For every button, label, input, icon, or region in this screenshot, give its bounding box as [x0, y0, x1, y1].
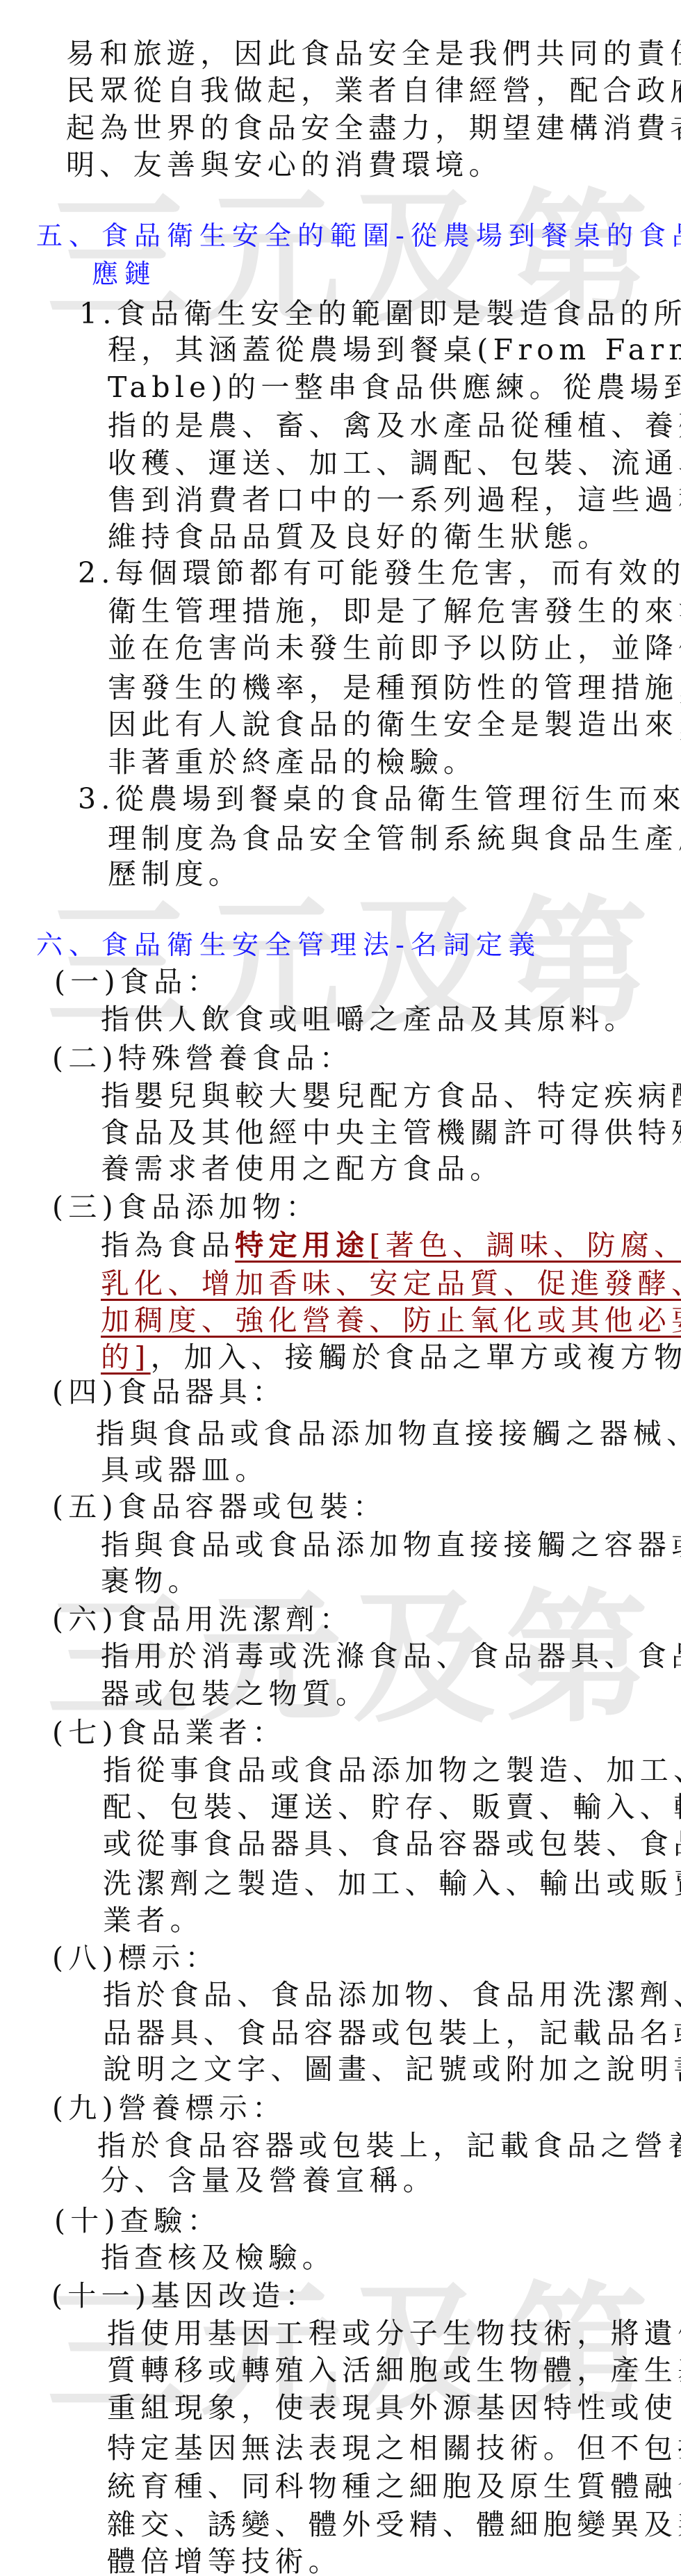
term-label-food-additive: (三)食品添加物： [52, 1189, 320, 1226]
text-line: 民眾從自我做起，業者自律經營，配合政府一 [66, 72, 681, 109]
term-label-food: (一)食品： [54, 964, 221, 1001]
term-definition: 養需求者使用之配方食品。 [101, 1151, 504, 1188]
term-definition: 器或包裝之物質。 [101, 1676, 369, 1712]
term-label-food-container: (五)食品容器或包裝： [52, 1489, 386, 1525]
term-definition: 指供人飲食或咀嚼之產品及其原料。 [101, 1001, 638, 1038]
term-definition: 特定基因無法表現之相關技術。但不包括傳 [107, 2430, 681, 2467]
term-label-nutrition-labeling: (九)營養標示： [52, 2090, 286, 2127]
term-definition: 指查核及檢驗。 [101, 2239, 336, 2276]
text-line: 歷制度。 [108, 856, 242, 893]
term-definition: 說明之文字、圖畫、記號或附加之說明書。 [103, 2051, 681, 2088]
term-definition: 體倍增等技術。 [107, 2543, 342, 2576]
section-heading: 六、食品衛生安全管理法-名詞定義 [36, 927, 541, 964]
text-line: 因此有人說食品的衛生安全是製造出來，而 [108, 706, 681, 743]
highlight-text: [著色、調味、防腐、漂白、 [369, 1229, 681, 1262]
section-heading: 應鏈 [92, 256, 157, 293]
term-definition: 或從事食品器具、食品容器或包裝、食品用 [103, 1826, 681, 1863]
list-item-2: 2.每個環節都有可能發生危害，而有效的食品 [78, 555, 681, 592]
text-line: 明、友善與安心的消費環境。 [66, 147, 502, 184]
text-line: 維持食品品質及良好的衛生狀態。 [108, 519, 612, 556]
term-definition: 指為食品特定用途[著色、調味、防腐、漂白、 [101, 1227, 681, 1264]
text-line: 指的是農、畜、禽及水產品從種植、養殖、 [108, 407, 681, 444]
term-definition: 指嬰兒與較大嬰兒配方食品、特定疾病配方 [101, 1078, 681, 1115]
term-definition: 指於食品容器或包裝上，記載食品之營養成 [97, 2128, 681, 2164]
term-label-inspection: (十)查驗： [54, 2203, 221, 2239]
term-definition: 加稠度、強化營養、防止氧化或其他必要目 [101, 1302, 681, 1339]
text-line: 理制度為食品安全管制系統與食品生產履 [108, 820, 681, 857]
term-definition: 品器具、食品容器或包裝上，記載品名或為 [103, 2015, 681, 2052]
text-line: 程，其涵蓋從農場到餐桌(From Farm to [108, 332, 681, 368]
term-label-food-detergent: (六)食品用洗潔劑： [52, 1601, 353, 1638]
text-line: 非著重於終產品的檢驗。 [108, 744, 477, 781]
term-definition: 指用於消毒或洗滌食品、食品器具、食品容 [101, 1638, 681, 1675]
text-line: 起為世界的食品安全盡力，期望建構消費者透 [66, 110, 681, 147]
term-definition: 指於食品、食品添加物、食品用洗潔劑、食 [103, 1977, 681, 2014]
term-definition: 重組現象，使表現具外源基因特性或使自身 [107, 2390, 681, 2427]
text-line: 衛生管理措施，即是了解危害發生的來源， [108, 593, 681, 630]
term-definition: 指使用基因工程或分子生物技術，將遺傳物 [107, 2315, 681, 2352]
term-definition: 指與食品或食品添加物直接接觸之器械、工 [96, 1416, 681, 1452]
text-line: 易和旅遊，因此食品安全是我們共同的責任， [66, 35, 681, 72]
term-definition: 雜交、誘變、體外受精、體細胞變異及染色 [107, 2506, 681, 2543]
term-definition: 食品及其他經中央主管機關許可得供特殊營 [101, 1115, 681, 1151]
term-definition: 指從事食品或食品添加物之製造、加工、調 [103, 1752, 681, 1789]
term-definition: 質轉移或轉殖入活細胞或生物體，產生基因 [107, 2352, 681, 2389]
list-item-1: 1.食品衛生安全的範圍即是製造食品的所有流 [79, 295, 681, 332]
text-line: 收穫、運送、加工、調配、包裝、流通、販 [108, 445, 681, 482]
term-definition: 具或器皿。 [101, 1452, 269, 1489]
list-item-3: 3.從農場到餐桌的食品衛生管理衍生而來的管 [78, 781, 681, 818]
term-definition: 指與食品或食品添加物直接接觸之容器或包 [101, 1527, 681, 1564]
term-definition: 乳化、增加香味、安定品質、促進發酵、增 [101, 1265, 681, 1302]
term-definition: 配、包裝、運送、貯存、販賣、輸入、輸出 [103, 1789, 681, 1826]
term-definition: 統育種、同科物種之細胞及原生質體融合、 [107, 2468, 681, 2505]
definition-text: ，加入、接觸於食品之單方或複方物質。 [151, 1340, 681, 1374]
text-line: 售到消費者口中的一系列過程，這些過程須 [108, 482, 681, 519]
term-definition: 分、含量及營養宣稱。 [101, 2162, 436, 2199]
term-definition: 洗潔劑之製造、加工、輸入、輸出或販賣之 [103, 1865, 681, 1902]
highlight-text: 的] [101, 1340, 151, 1374]
term-label-special-nutrition: (二)特殊營養食品： [52, 1040, 353, 1077]
term-definition: 裹物。 [101, 1563, 202, 1600]
text-line: 並在危害尚未發生前即予以防止，並降低危 [108, 630, 681, 667]
section-heading: 五、食品衛生安全的範圍-從農場到餐桌的食品供 [36, 218, 681, 254]
term-label-food-utensils: (四)食品器具： [52, 1374, 286, 1411]
term-label-labeling: (八)標示： [52, 1940, 219, 1977]
term-label-genetic-modification: (十一)基因改造： [51, 2278, 319, 2315]
term-label-food-business: (七)食品業者： [52, 1715, 286, 1751]
highlight-text: 乳化、增加香味、安定品質、促進發酵、增 [101, 1267, 681, 1300]
highlight-bold-text: 特定用途 [235, 1229, 369, 1262]
term-definition: 的]，加入、接觸於食品之單方或複方物質。 [101, 1339, 681, 1376]
highlight-text: 加稠度、強化營養、防止氧化或其他必要目 [101, 1304, 681, 1337]
term-definition: 業者。 [103, 1902, 204, 1939]
definition-text: 指為食品 [101, 1229, 235, 1262]
text-line: 害發生的機率，是種預防性的管理措施，也 [108, 670, 681, 706]
text-line: Table)的一整串食品供應練。從農場到餐桌 [108, 369, 681, 406]
